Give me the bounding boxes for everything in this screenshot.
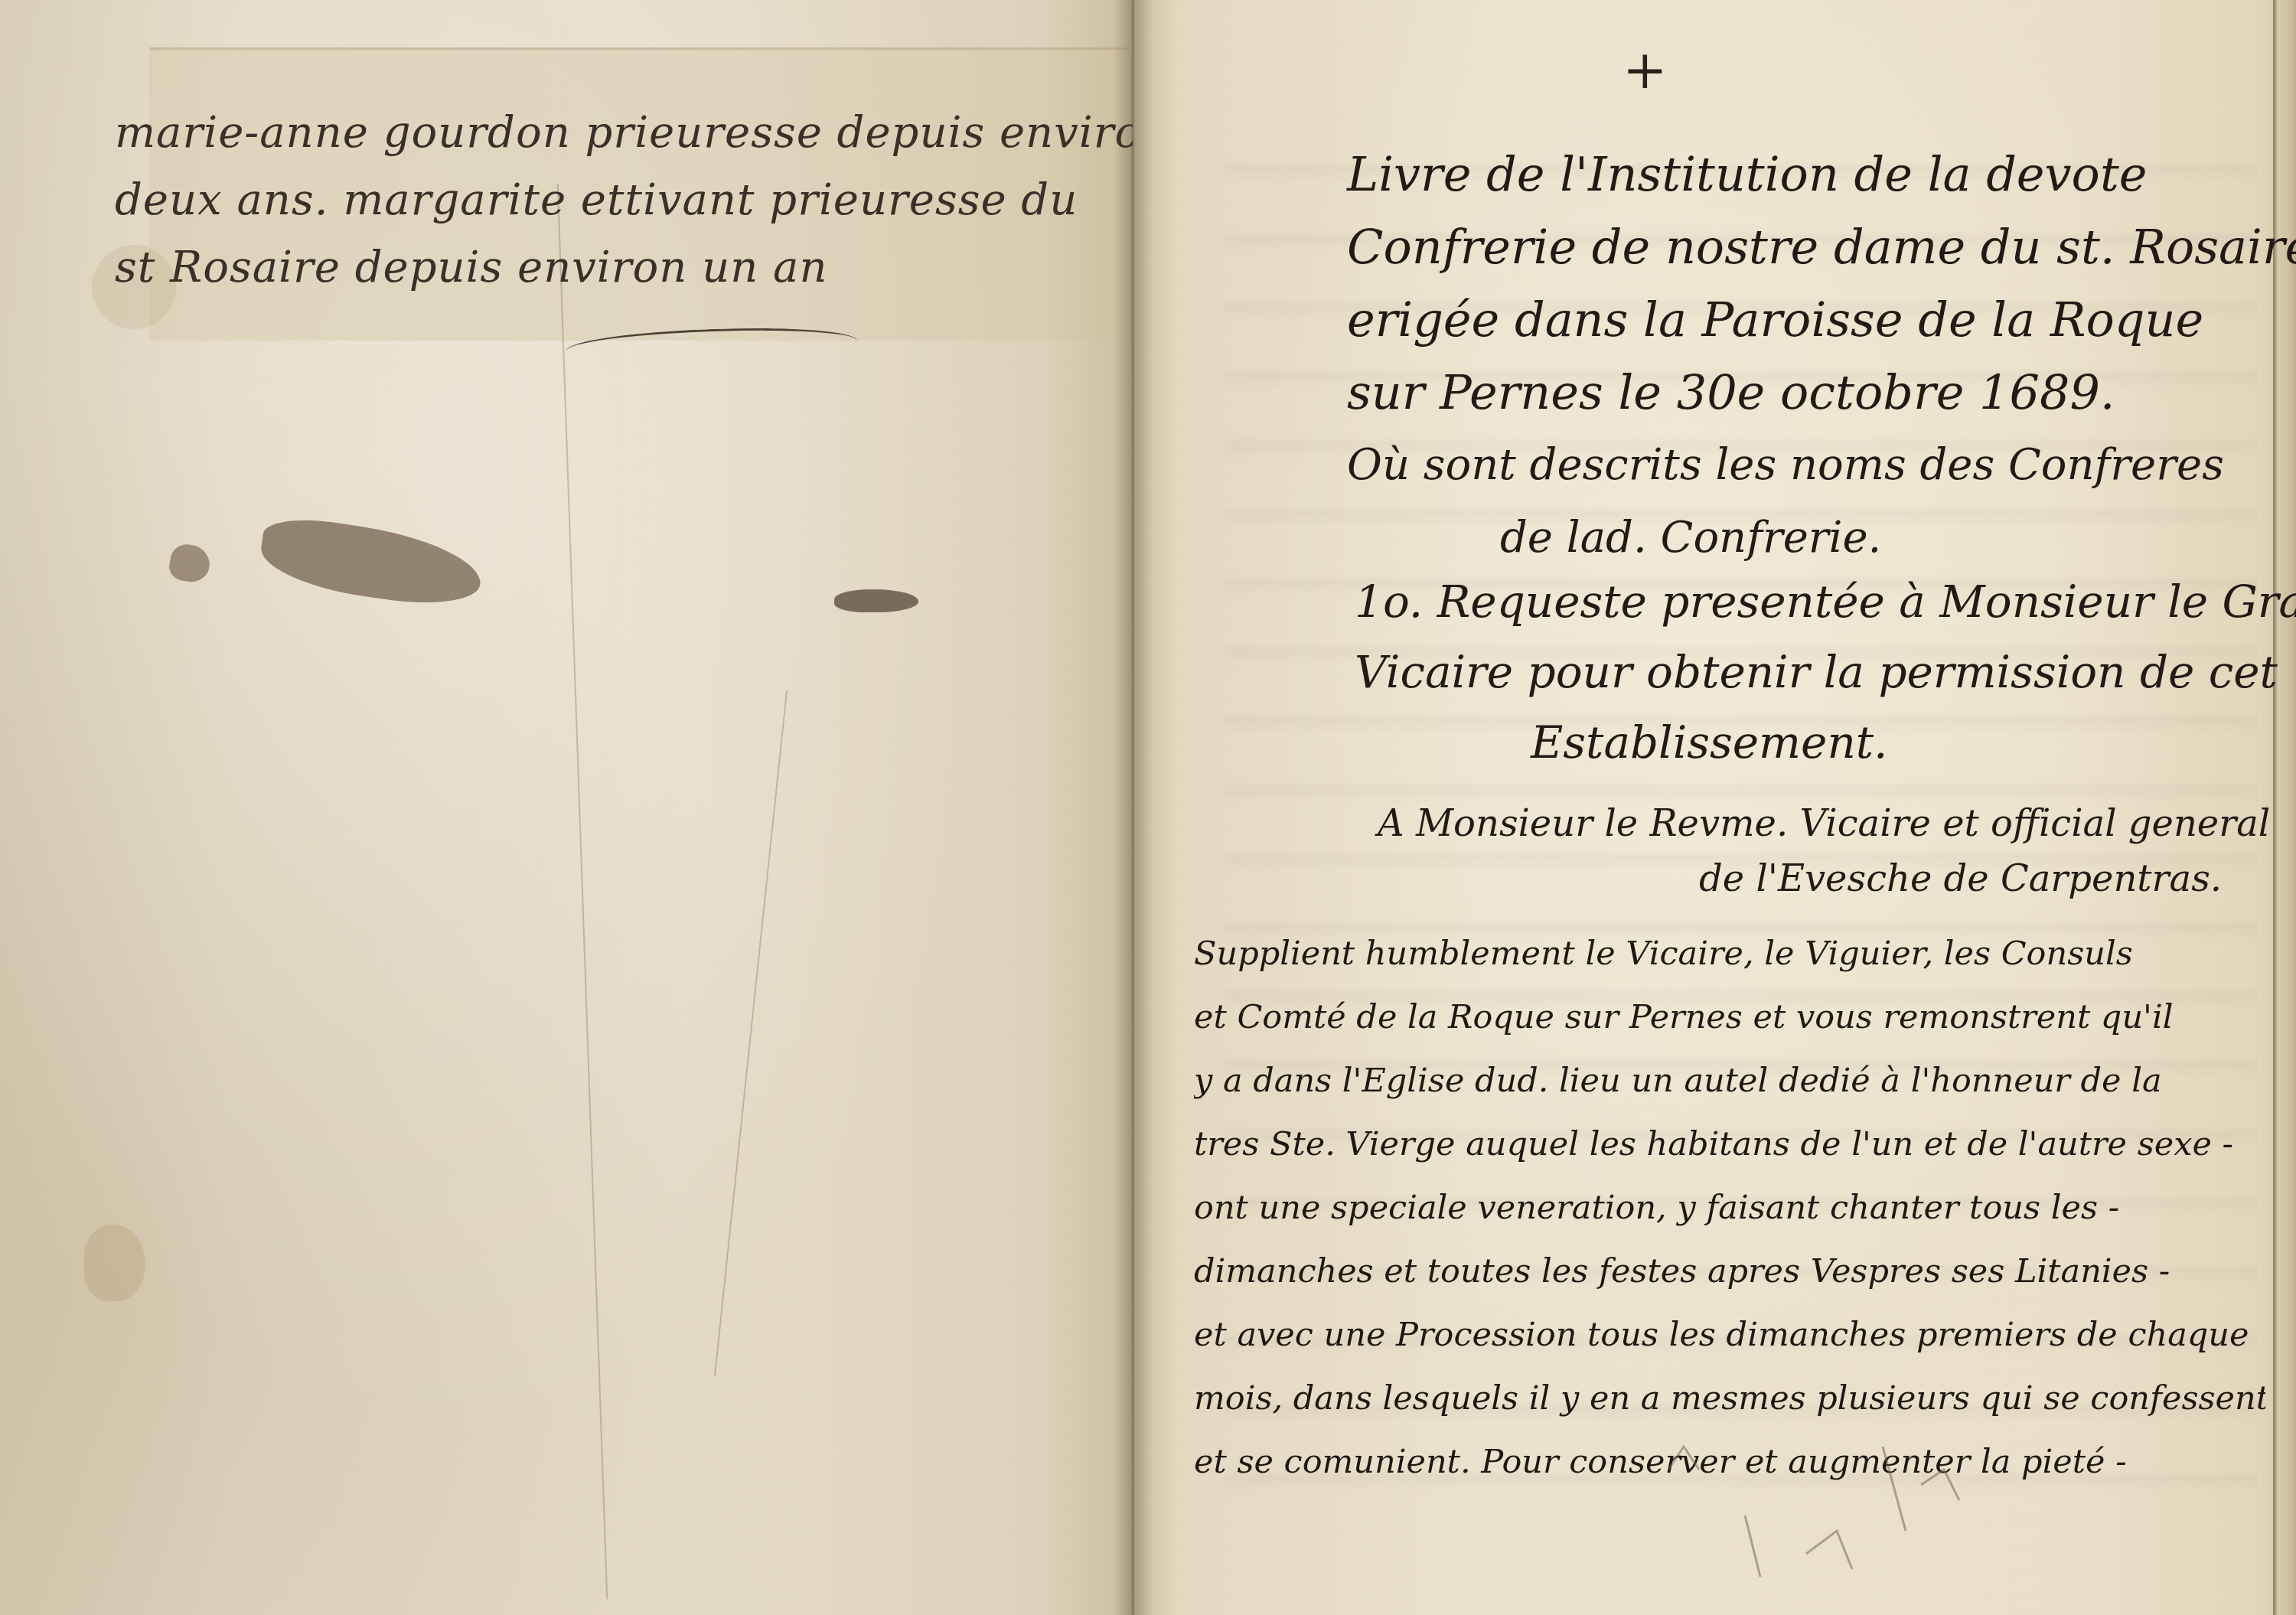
request-line: 1o. Requeste presentée à Monsieur le Gra…	[1355, 566, 2296, 637]
address-heading: A Monsieur le Revme. Vicaire et official…	[1378, 796, 2270, 906]
paper-crease	[557, 184, 608, 1600]
body-line: ont une speciale veneration, y faisant c…	[1194, 1176, 2265, 1240]
address-line: A Monsieur le Revme. Vicaire et official…	[1378, 796, 2270, 851]
title-line: erigée dans la Paroisse de la Roque	[1347, 283, 2296, 356]
title-line: Où sont descrits les noms des Confreres	[1347, 429, 2296, 501]
prioress-note: marie-anne gourdon prieuresse depuis env…	[115, 100, 1133, 302]
body-line: mois, dans lesquels il y en a mesmes plu…	[1194, 1367, 2265, 1431]
book-title: Livre de l'Institution de la devote Conf…	[1347, 138, 2296, 574]
body-line: et avec une Procession tous les dimanche…	[1194, 1303, 2265, 1367]
paper-crease	[714, 690, 788, 1375]
body-line: Supplient humblement le Vicaire, le Vigu…	[1194, 922, 2265, 986]
ink-stain	[167, 542, 213, 585]
ink-stain	[834, 589, 918, 612]
title-line: Livre de l'Institution de la devote	[1347, 138, 2296, 210]
body-line: et Comté de la Roque sur Pernes et vous …	[1194, 986, 2265, 1049]
body-line: dimanches et toutes les festes apres Ves…	[1194, 1240, 2265, 1303]
title-line: sur Pernes le 30e octobre 1689.	[1347, 356, 2296, 429]
petition-body: Supplient humblement le Vicaire, le Vigu…	[1194, 922, 2265, 1494]
cross-mark: +	[1623, 38, 1668, 101]
faint-pen-sketch	[1653, 1439, 2020, 1592]
address-line: de l'Evesche de Carpentras.	[1378, 851, 2270, 906]
body-line: tres Ste. Vierge auquel les habitans de …	[1194, 1113, 2265, 1176]
note-line: marie-anne gourdon prieuresse depuis env…	[115, 100, 1133, 167]
request-line: Establissement.	[1355, 707, 2296, 778]
left-page: marie-anne gourdon prieuresse depuis env…	[0, 0, 1133, 1615]
ink-stain	[256, 513, 486, 612]
manuscript-spread: marie-anne gourdon prieuresse depuis env…	[0, 0, 2296, 1615]
title-line: Confrerie de nostre dame du st. Rosaire	[1347, 210, 2296, 283]
request-heading: 1o. Requeste presentée à Monsieur le Gra…	[1355, 566, 2296, 778]
body-line: y a dans l'Eglise dud. lieu un autel ded…	[1194, 1049, 2265, 1113]
note-line: deux ans. margarite ettivant prieuresse …	[115, 167, 1133, 234]
book-gutter	[1114, 0, 1152, 1615]
title-line: de lad. Confrerie.	[1347, 501, 2296, 574]
request-line: Vicaire pour obtenir la permission de ce…	[1355, 637, 2296, 707]
water-stain	[84, 1225, 145, 1301]
note-line: st Rosaire depuis environ un an	[115, 234, 1133, 302]
